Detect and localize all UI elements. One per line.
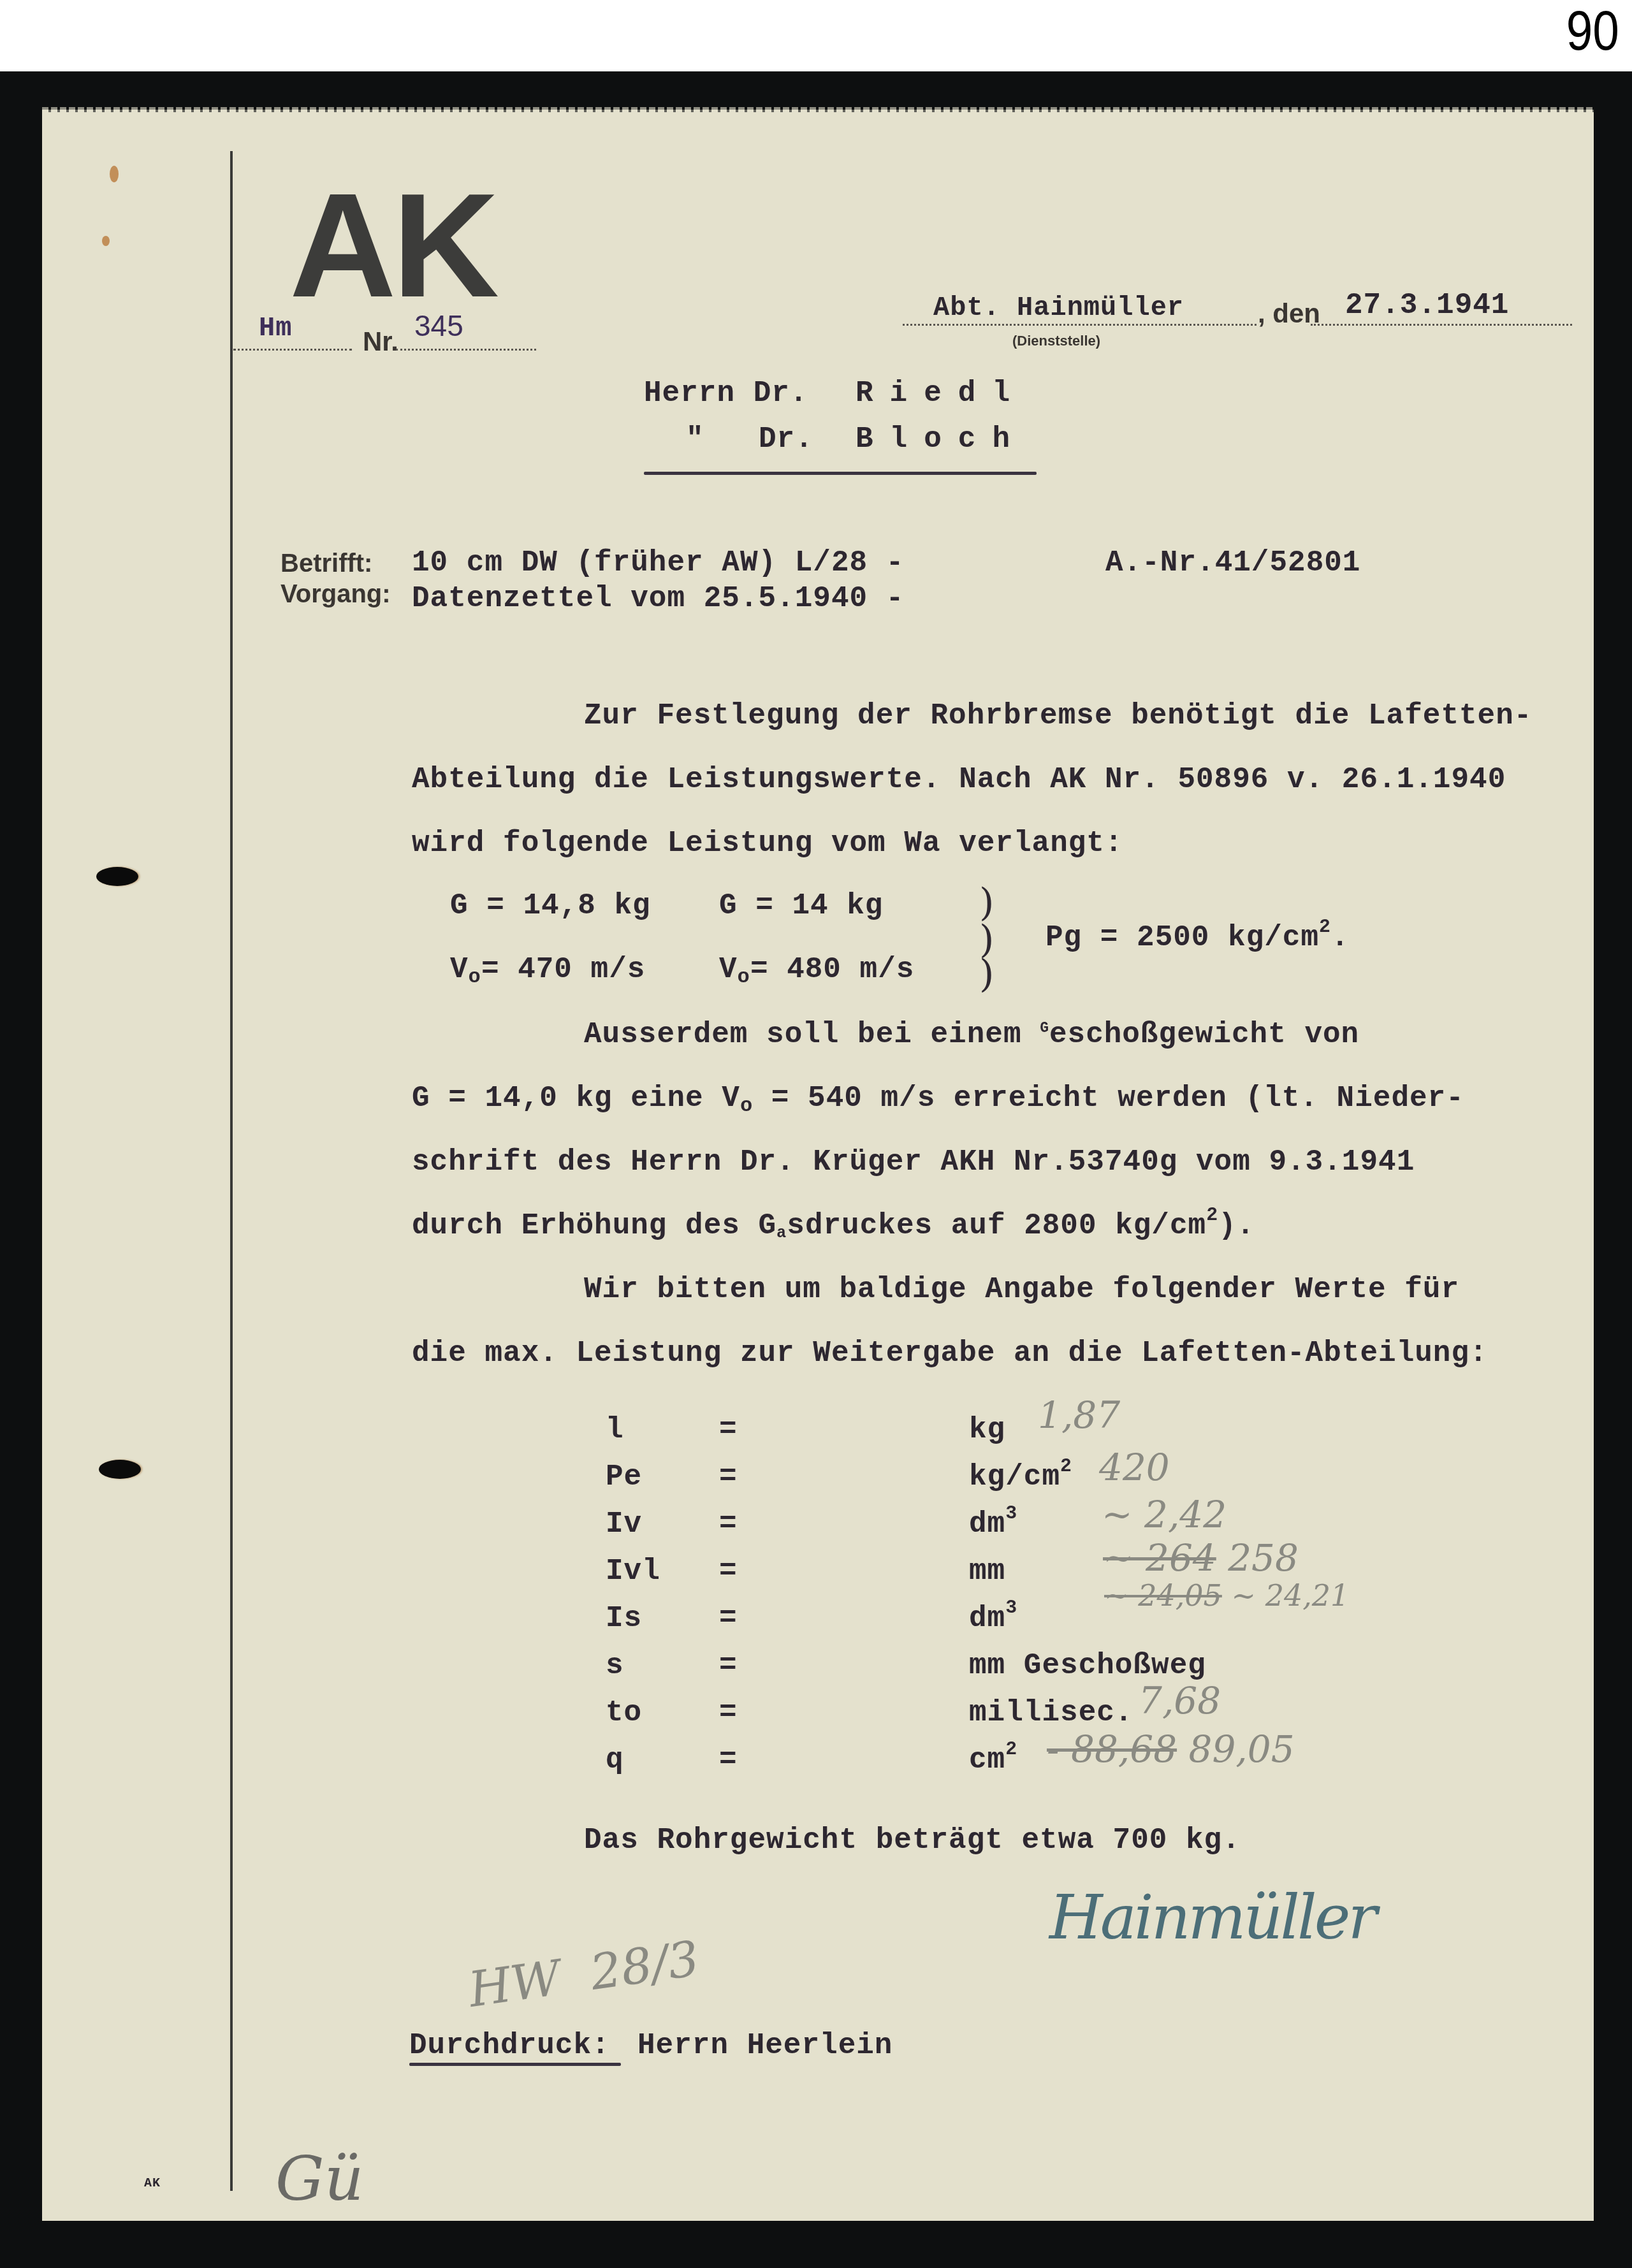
brace-bottom: ) [979, 955, 994, 993]
table-eq: = [719, 1745, 738, 1775]
body-line: wird folgende Leistung vom Wa verlangt: [412, 829, 1123, 858]
unit: kg/cm [969, 1460, 1060, 1494]
handwritten-value: ~ 264 258 [1103, 1536, 1299, 1580]
table-symbol: Pe [606, 1462, 642, 1492]
dotted-line [1311, 324, 1572, 326]
reference-number: A.-Nr.41/52801 [1105, 548, 1360, 578]
table-eq: = [719, 1604, 738, 1633]
nr-value: 345 [414, 309, 463, 343]
recipient-1-name: Riedl [856, 379, 1026, 408]
v-symbol: V [450, 953, 469, 986]
table-eq: = [719, 1509, 738, 1539]
req-g2: G = 14 kg [719, 891, 883, 920]
subscript: a [776, 1224, 787, 1242]
table-unit: cm2 [969, 1745, 1017, 1775]
betrifft-label: Betrifft: [280, 549, 372, 578]
struck-value: - 88,68 [1047, 1727, 1177, 1771]
vorgang-value: Datenzettel vom 25.5.1940 - [412, 584, 904, 613]
table-unit: dm3 [969, 1509, 1017, 1539]
exponent: 2 [1206, 1204, 1218, 1226]
dotted-line [233, 349, 352, 351]
table-unit: mm Geschoßweg [969, 1651, 1206, 1680]
body-line: Ausserdem soll bei einem Geschoßgewicht … [584, 1020, 1359, 1049]
corrected-value: 89,05 [1189, 1727, 1295, 1771]
struck-value: ~ 24,05 [1104, 1578, 1222, 1613]
margin-initials: Gü [275, 2143, 364, 2214]
brace-top: ) [979, 883, 994, 922]
vorgang-label: Vorgang: [280, 580, 391, 609]
text: eschoßgewicht von [1049, 1018, 1359, 1051]
pressure-exponent: 2 [1319, 916, 1331, 938]
v-value: = 470 m/s [481, 953, 645, 986]
nr-label: Nr. [363, 326, 398, 357]
document-page: AK Hm Nr. 345 Abt. Hainmüller , den (Die… [42, 110, 1594, 2221]
betrifft-value: 10 cm DW (früher AW) L/28 - [412, 548, 904, 578]
body-line: Abteilung die Leistungswerte. Nach AK Nr… [412, 765, 1506, 794]
unit-exponent: 2 [1005, 1738, 1017, 1760]
unit-exponent: 3 [1005, 1597, 1017, 1618]
handwritten-value: 420 [1099, 1446, 1170, 1489]
text: sdruckes auf 2800 kg/cm [787, 1209, 1206, 1242]
req-v2: Vo= 480 m/s [719, 955, 914, 984]
rust-spot [102, 236, 110, 246]
body-line: durch Erhöhung des Gasdruckes auf 2800 k… [412, 1211, 1255, 1240]
unit: dm [969, 1508, 1005, 1541]
table-symbol: q [606, 1745, 624, 1775]
table-symbol: to [606, 1698, 642, 1727]
table-eq: = [719, 1415, 738, 1444]
recipient-2-ditto: " [686, 425, 704, 454]
table-eq: = [719, 1462, 738, 1492]
sender-code: Hm [259, 315, 292, 342]
struck-value: ~ 264 [1103, 1536, 1216, 1580]
text: = 540 m/s erreicht werden (lt. Nieder- [753, 1082, 1464, 1115]
pipe-weight-line: Das Rohrgewicht beträgt etwa 700 kg. [584, 1826, 1241, 1855]
copy-recipient: Herrn Heerlein [637, 2031, 892, 2060]
table-eq: = [719, 1557, 738, 1586]
text: G = 14,0 kg eine V [412, 1082, 740, 1115]
table-symbol: Is [606, 1604, 642, 1633]
v-subscript: o [738, 965, 750, 989]
v-value: = 480 m/s [750, 953, 914, 986]
table-eq: = [719, 1651, 738, 1680]
recipient-2-title: Dr. [759, 425, 813, 454]
subscript: o [740, 1094, 753, 1117]
table-symbol: Iv [606, 1509, 642, 1539]
pressure-end: . [1331, 921, 1350, 954]
pressure-value: Pg = 2500 kg/cm [1045, 921, 1319, 954]
copy-label-underline [409, 2063, 621, 2066]
department: Abt. Hainmüller [933, 294, 1184, 321]
rust-spot [110, 166, 119, 182]
letterhead-logo: AK [289, 172, 495, 320]
handwritten-value: 7,68 [1139, 1679, 1221, 1722]
text: Ausserdem soll bei einem [584, 1018, 1040, 1051]
table-unit: mm [969, 1557, 1005, 1586]
handwritten-value: 1,87 [1038, 1393, 1120, 1437]
unit: cm [969, 1743, 1005, 1777]
text: ). [1218, 1209, 1255, 1242]
recipient-underline [644, 472, 1037, 475]
copy-label: Durchdruck: [409, 2031, 610, 2060]
body-line: G = 14,0 kg eine Vo = 540 m/s erreicht w… [412, 1084, 1464, 1113]
text: durch Erhöhung des G [412, 1209, 776, 1242]
body-line: Wir bitten um baldige Angabe folgender W… [584, 1275, 1459, 1304]
page-number: 90 [1566, 3, 1619, 59]
pencil-initials: HW 28/3 [465, 1930, 703, 2018]
table-unit: kg/cm2 [969, 1462, 1072, 1492]
recipient-2-name: Bloch [856, 425, 1026, 454]
dotted-line [903, 324, 1257, 326]
handwritten-value: - 88,68 89,05 [1047, 1727, 1295, 1771]
req-g1: G = 14,8 kg [450, 891, 651, 920]
dotted-line [396, 349, 536, 351]
corrected-value: 258 [1228, 1536, 1299, 1580]
recipient-1-prefix: Herrn Dr. [644, 379, 808, 408]
handwritten-value: ~ 2,42 [1102, 1493, 1227, 1536]
footer-mark: AK [144, 2177, 161, 2190]
table-symbol: s [606, 1651, 624, 1680]
table-symbol: Ivl [606, 1557, 660, 1586]
req-v1: Vo= 470 m/s [450, 955, 645, 984]
department-caption: (Dienststelle) [1012, 333, 1100, 349]
table-unit: dm3 [969, 1604, 1017, 1633]
body-line: schrift des Herrn Dr. Krüger AKH Nr.5374… [412, 1147, 1415, 1177]
corrected-value: ~ 24,21 [1231, 1578, 1349, 1613]
v-subscript: o [469, 965, 481, 989]
table-unit: millisec. [969, 1698, 1133, 1727]
correction: G [1040, 1020, 1049, 1036]
v-symbol: V [719, 953, 738, 986]
signature: Hainmüller [1049, 1882, 1374, 1953]
table-unit: kg [969, 1415, 1005, 1444]
margin-rule [230, 151, 233, 2191]
body-line: Zur Festlegung der Rohrbremse benötigt d… [584, 701, 1532, 731]
punch-hole [99, 1460, 141, 1479]
punch-hole [96, 867, 138, 886]
unit-exponent: 2 [1060, 1455, 1072, 1477]
table-symbol: l [606, 1415, 624, 1444]
letter-date: 27.3.1941 [1345, 291, 1509, 320]
body-line: die max. Leistung zur Weitergabe an die … [412, 1339, 1488, 1368]
table-eq: = [719, 1698, 738, 1727]
req-pressure: Pg = 2500 kg/cm2. [1045, 923, 1350, 952]
unit-exponent: 3 [1005, 1502, 1017, 1524]
unit: dm [969, 1602, 1005, 1635]
handwritten-value: ~ 24,05 ~ 24,21 [1104, 1578, 1349, 1613]
